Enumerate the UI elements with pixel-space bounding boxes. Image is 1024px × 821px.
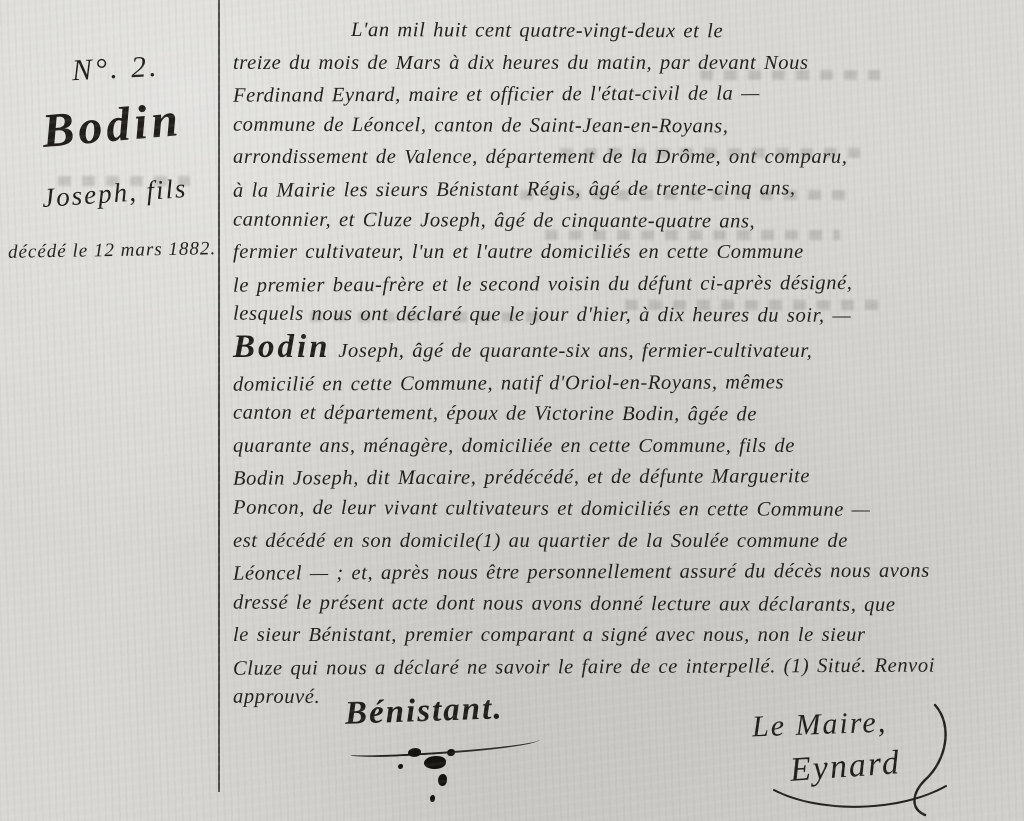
margin-rule bbox=[218, 0, 220, 792]
act-line-deceased: Bodin Joseph, âgé de quarante-six ans, f… bbox=[233, 332, 1015, 368]
act-number: N°. 2. bbox=[71, 50, 160, 89]
ink-blot bbox=[447, 749, 455, 756]
margin-surname: Bodin bbox=[40, 92, 184, 159]
margin-death-note: décédé le 12 mars 1882. bbox=[8, 238, 217, 264]
ink-blot bbox=[398, 764, 403, 769]
act-line: quarante ans, ménagère, domiciliée en ce… bbox=[233, 431, 1015, 463]
act-line: Léoncel — ; et, après nous être personne… bbox=[233, 555, 1015, 590]
ink-blot bbox=[424, 756, 446, 769]
act-line: domicilié en cette Commune, natif d'Orio… bbox=[233, 366, 1015, 401]
act-line: le premier beau-frère et le second voisi… bbox=[233, 267, 1015, 302]
mayor-paraph-flourish bbox=[895, 700, 955, 820]
act-line: Cluze qui nous a déclaré ne savoir le fa… bbox=[233, 650, 1015, 685]
act-line: commune de Léoncel, canton de Saint-Jean… bbox=[233, 109, 1015, 143]
act-line: cantonnier, et Cluze Joseph, âgé de cinq… bbox=[233, 204, 1015, 238]
act-line: lesquels nous ont déclaré que le jour d'… bbox=[233, 299, 1015, 333]
act-line: Bodin Joseph, dit Macaire, prédécédé, et… bbox=[233, 461, 1015, 496]
act-line: à la Mairie les sieurs Bénistant Régis, … bbox=[233, 172, 1015, 207]
ink-blot bbox=[430, 795, 435, 802]
ink-blot bbox=[438, 774, 447, 786]
deceased-surname: Bodin bbox=[233, 329, 331, 365]
act-line: L'an mil huit cent quatre-vingt-deux et … bbox=[233, 15, 1015, 49]
deceased-line-rest: Joseph, âgé de quarante-six ans, fermier… bbox=[331, 340, 813, 362]
declarant-signature: Bénistant. bbox=[344, 690, 504, 733]
act-line: est décédé en son domicile(1) au quartie… bbox=[233, 526, 1015, 558]
act-line: arrondissement de Valence, département d… bbox=[233, 142, 1015, 174]
mayor-title: Le Maire, bbox=[751, 706, 887, 745]
act-line: treize du mois de Mars à dix heures du m… bbox=[233, 48, 1015, 80]
declarant-signature-flourish bbox=[350, 735, 540, 759]
act-line: le sieur Bénistant, premier comparant a … bbox=[233, 620, 1015, 652]
ink-blot bbox=[408, 748, 421, 757]
death-record-scan: N°. 2. Bodin Joseph, fils décédé le 12 m… bbox=[0, 0, 1024, 821]
act-line: Poncon, de leur vivant cultivateurs et d… bbox=[233, 493, 1015, 527]
act-line: Ferdinand Eynard, maire et officier de l… bbox=[233, 77, 1015, 112]
mayor-signature: Eynard bbox=[789, 744, 902, 790]
act-body-text: L'an mil huit cent quatre-vingt-deux et … bbox=[233, 16, 1015, 715]
act-line: dressé le présent acte dont nous avons d… bbox=[233, 587, 1015, 621]
act-line: fermier cultivateur, l'un et l'autre dom… bbox=[233, 237, 1015, 269]
act-line: canton et département, époux de Victorin… bbox=[233, 398, 1015, 432]
